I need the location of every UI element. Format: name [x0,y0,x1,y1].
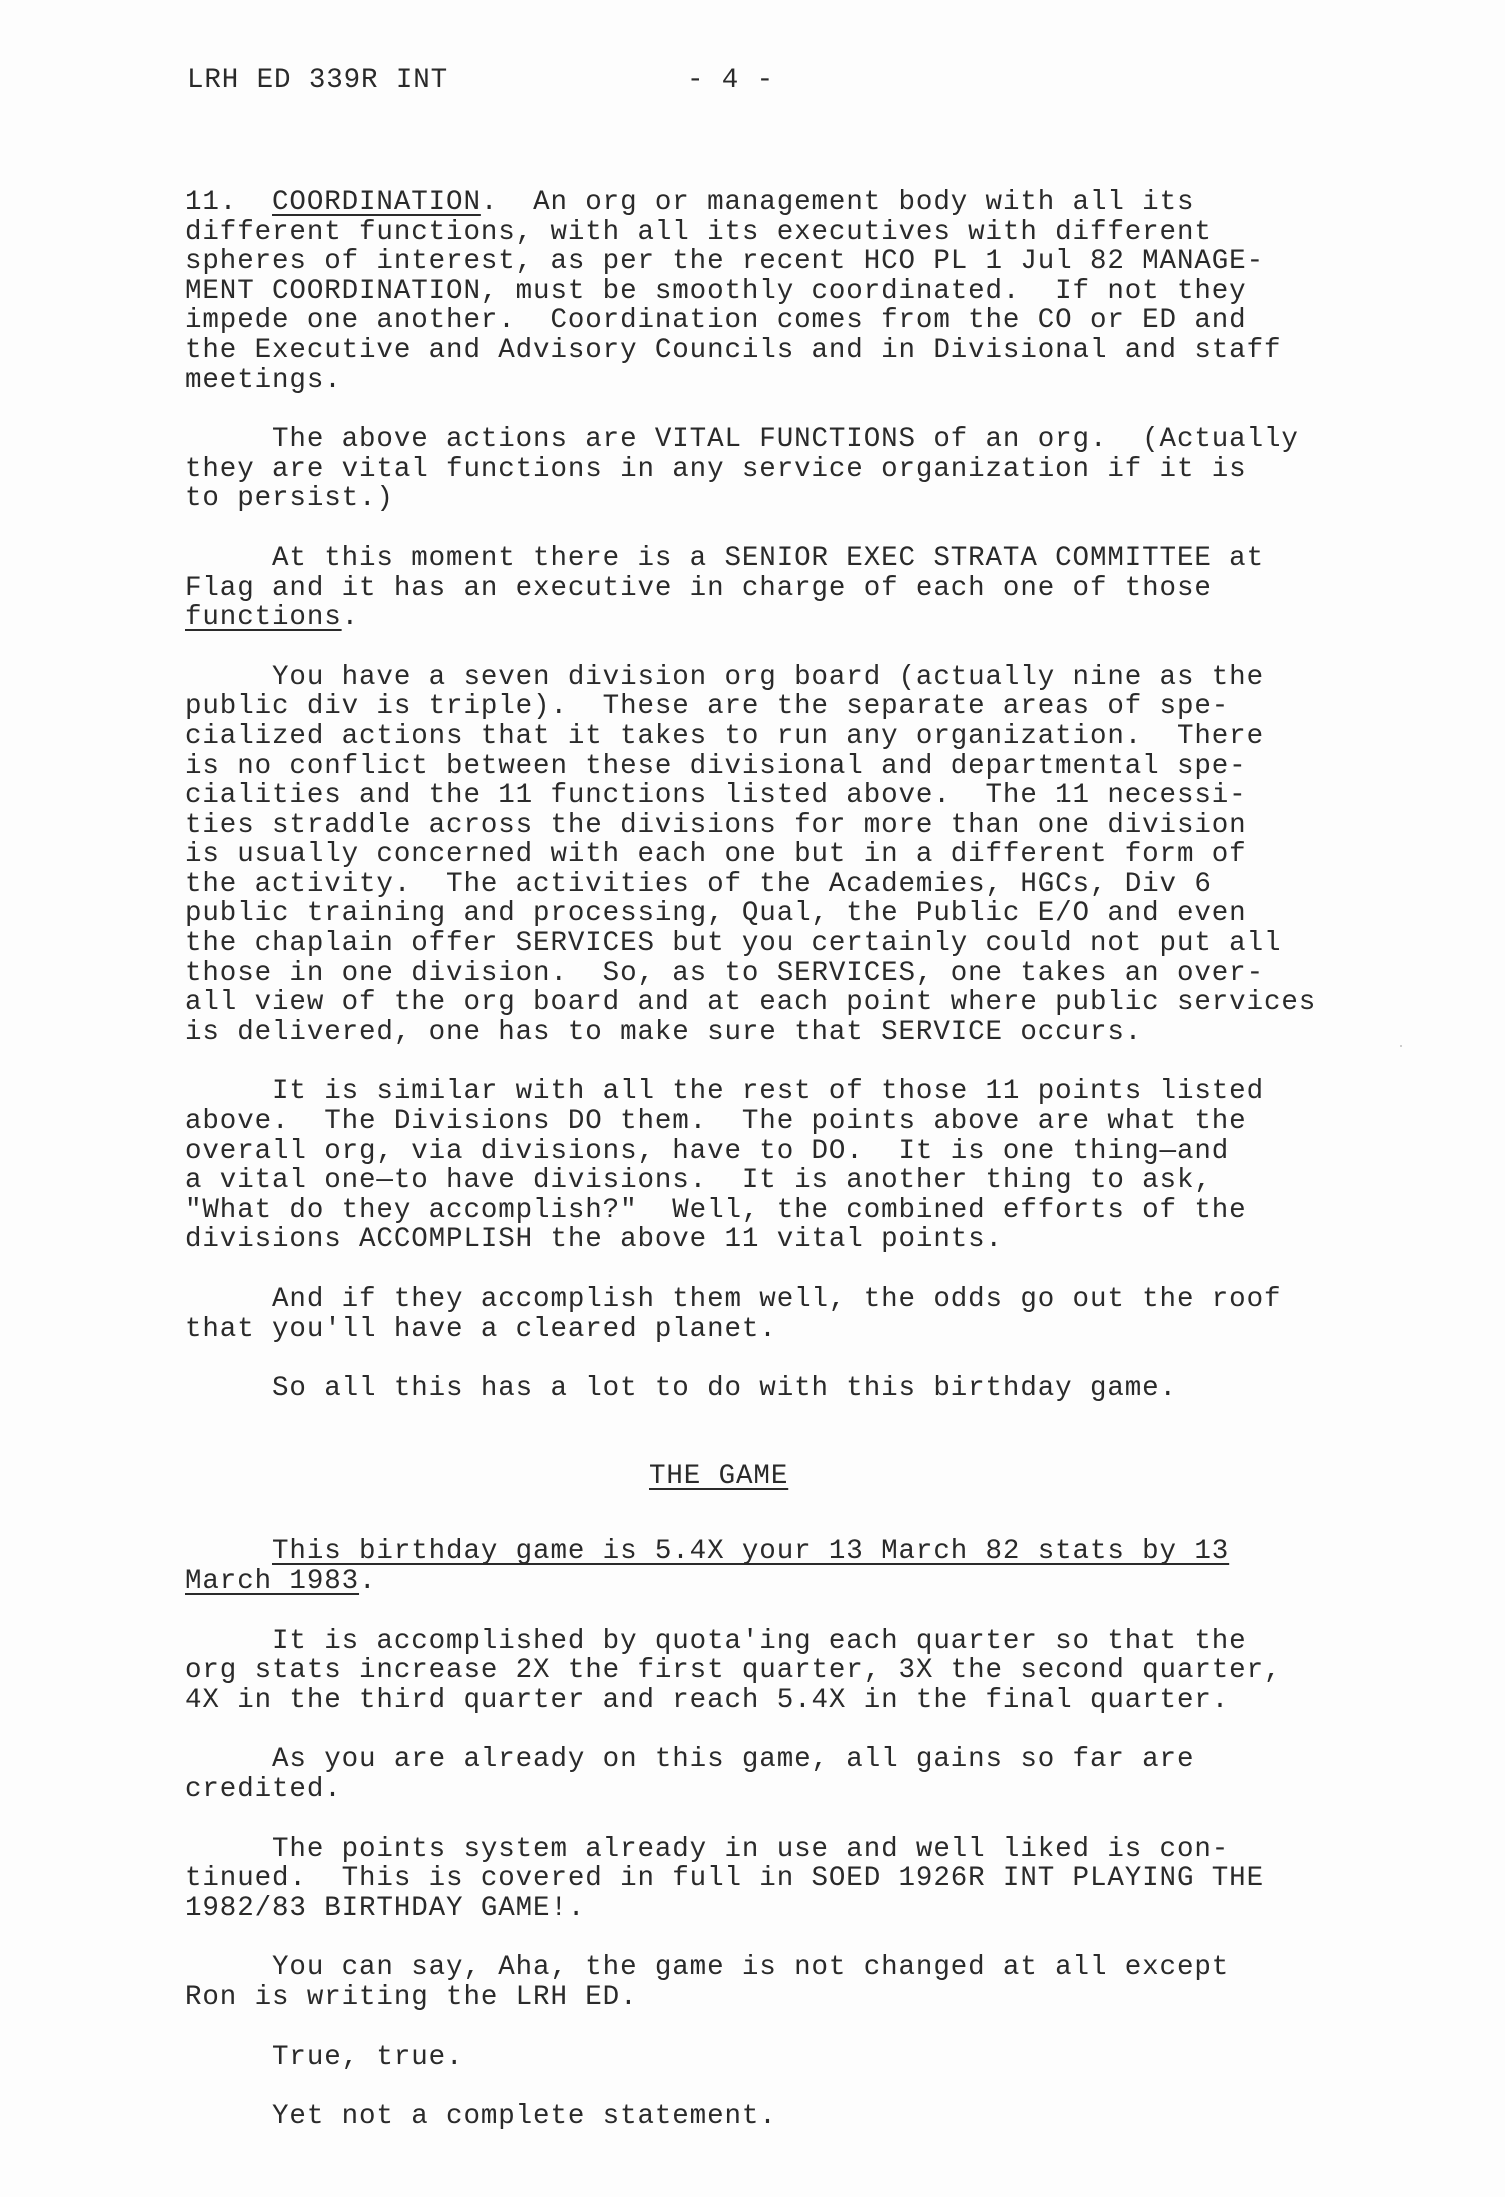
text-line: all view of the org board and at each po… [185,988,1385,1018]
text-segment: The points system already in use and wel… [185,1834,1229,1865]
text-segment: is usually concerned with each one but i… [185,839,1247,870]
text-segment: . [342,602,359,633]
text-line: cialities and the 11 functions listed ab… [185,781,1385,811]
text-line: "What do they accomplish?" Well, the com… [185,1196,1385,1226]
text-line: March 1983. [185,1567,1385,1597]
text-segment: . An org or management body with all its [481,187,1195,218]
text-segment: public training and processing, Qual, th… [185,898,1247,929]
text-segment: It is similar with all the rest of those… [185,1076,1264,1107]
paragraph-spacer [185,2013,1385,2043]
text-segment: "What do they accomplish?" Well, the com… [185,1195,1247,1226]
document-page: LRH ED 339R INT - 4 - 11. COORDINATION. … [0,0,1505,2197]
paragraph-spacer [185,1344,1385,1374]
text-line: 4X in the third quarter and reach 5.4X i… [185,1686,1385,1716]
text-line: is no conflict between these divisional … [185,752,1385,782]
text-line: is usually concerned with each one but i… [185,840,1385,870]
text-segment: that you'll have a cleared planet. [185,1314,777,1345]
text-line: MENT COORDINATION, must be smoothly coor… [185,277,1385,307]
text-segment: all view of the org board and at each po… [185,987,1316,1018]
text-line: True, true. [185,2043,1385,2073]
text-segment: So all this has a lot to do with this bi… [185,1373,1177,1404]
text-segment: is no conflict between these divisional … [185,751,1247,782]
text-line: to persist.) [185,484,1385,514]
text-line: Flag and it has an executive in charge o… [185,574,1385,604]
text-line: tinued. This is covered in full in SOED … [185,1864,1385,1894]
text-line: The above actions are VITAL FUNCTIONS of… [185,425,1385,455]
text-line: public training and processing, Qual, th… [185,899,1385,929]
text-segment: MENT COORDINATION, must be smoothly coor… [185,276,1247,307]
scan-speck [1400,1045,1402,1047]
paragraph-credited: As you are already on this game, all gai… [185,1745,1385,1804]
underlined-text: March 1983 [185,1566,359,1597]
text-line: divisions ACCOMPLISH the above 11 vital … [185,1225,1385,1255]
text-segment: tinued. This is covered in full in SOED … [185,1863,1264,1894]
paragraph-eleven-points: It is similar with all the rest of those… [185,1077,1385,1255]
paragraph-spacer [185,1047,1385,1077]
paragraph-vital-functions: The above actions are VITAL FUNCTIONS of… [185,425,1385,514]
text-segment: And if they accomplish them well, the od… [185,1284,1281,1315]
text-line: is delivered, one has to make sure that … [185,1018,1385,1048]
text-line: functions. [185,603,1385,633]
paragraph-birthday-game-link: So all this has a lot to do with this bi… [185,1374,1385,1404]
paragraph-coordination: 11. COORDINATION. An org or management b… [185,188,1385,395]
text-line: 1982/83 BIRTHDAY GAME!. [185,1894,1385,1924]
text-line: It is accomplished by quota'ing each qua… [185,1627,1385,1657]
paragraph-spacer [185,1255,1385,1285]
text-segment: a vital one—to have divisions. It is ano… [185,1165,1212,1196]
body-part-one: 11. COORDINATION. An org or management b… [185,188,1385,1404]
body-part-two: This birthday game is 5.4X your 13 March… [185,1537,1385,2131]
text-segment: different functions, with all its execut… [185,217,1212,248]
text-line: a vital one—to have divisions. It is ano… [185,1166,1385,1196]
text-segment: cialized actions that it takes to run an… [185,721,1264,752]
text-line: the activity. The activities of the Acad… [185,870,1385,900]
text-segment: 4X in the third quarter and reach 5.4X i… [185,1685,1229,1716]
text-line: As you are already on this game, all gai… [185,1745,1385,1775]
paragraph-spacer [185,1923,1385,1953]
text-line: This birthday game is 5.4X your 13 March… [185,1537,1385,1567]
text-line: spheres of interest, as per the recent H… [185,247,1385,277]
scan-speck [1060,800,1062,802]
section-heading: THE GAME [185,1462,1385,1492]
text-segment: credited. [185,1774,342,1805]
text-line: above. The Divisions DO them. The points… [185,1107,1385,1137]
paragraph-spacer [185,1597,1385,1627]
text-segment: Flag and it has an executive in charge o… [185,573,1212,604]
text-line: different functions, with all its execut… [185,218,1385,248]
text-line: the Executive and Advisory Councils and … [185,336,1385,366]
text-segment [185,1536,272,1567]
text-segment: above. The Divisions DO them. The points… [185,1106,1247,1137]
text-line: You have a seven division org board (act… [185,663,1385,693]
text-segment: the Executive and Advisory Councils and … [185,335,1281,366]
text-segment: As you are already on this game, all gai… [185,1744,1194,1775]
paragraph-org-board: You have a seven division org board (act… [185,663,1385,1048]
text-line: impede one another. Coordination comes f… [185,306,1385,336]
text-segment: they are vital functions in any service … [185,454,1247,485]
text-segment: . [359,1566,376,1597]
text-line: cialized actions that it takes to run an… [185,722,1385,752]
text-line: they are vital functions in any service … [185,455,1385,485]
text-segment: meetings. [185,365,342,396]
text-segment: those in one division. So, as to SERVICE… [185,958,1264,989]
paragraph-not-complete: Yet not a complete statement. [185,2102,1385,2132]
paragraph-cleared-planet: And if they accomplish them well, the od… [185,1285,1385,1344]
text-segment: is delivered, one has to make sure that … [185,1017,1142,1048]
spacer [185,1491,1385,1537]
text-line: credited. [185,1775,1385,1805]
paragraph-aha: You can say, Aha, the game is not change… [185,1953,1385,2012]
paragraph-spacer [185,633,1385,663]
text-segment: the activity. The activities of the Acad… [185,869,1212,900]
text-line: So all this has a lot to do with this bi… [185,1374,1385,1404]
paragraph-spacer [185,2072,1385,2102]
text-line: At this moment there is a SENIOR EXEC ST… [185,544,1385,574]
paragraph-senior-exec: At this moment there is a SENIOR EXEC ST… [185,544,1385,633]
text-line: Ron is writing the LRH ED. [185,1983,1385,2013]
text-line: that you'll have a cleared planet. [185,1315,1385,1345]
text-segment: public div is triple). These are the sep… [185,691,1229,722]
underlined-text: This birthday game is 5.4X your 13 March… [272,1536,1229,1567]
text-segment: the chaplain offer SERVICES but you cert… [185,928,1281,959]
document-id: LRH ED 339R INT [187,64,448,98]
text-segment: spheres of interest, as per the recent H… [185,246,1264,277]
underlined-text: COORDINATION [272,187,481,218]
text-segment: impede one another. Coordination comes f… [185,305,1247,336]
text-line: public div is triple). These are the sep… [185,692,1385,722]
text-segment: Ron is writing the LRH ED. [185,1982,637,2013]
text-segment: You can say, Aha, the game is not change… [185,1952,1229,1983]
paragraph-spacer [185,395,1385,425]
text-segment: It is accomplished by quota'ing each qua… [185,1626,1247,1657]
text-line: overall org, via divisions, have to DO. … [185,1137,1385,1167]
text-line: meetings. [185,366,1385,396]
paragraph-spacer [185,1805,1385,1835]
text-line: those in one division. So, as to SERVICE… [185,959,1385,989]
text-segment: org stats increase 2X the first quarter,… [185,1655,1281,1686]
text-line: 11. COORDINATION. An org or management b… [185,188,1385,218]
page-header: LRH ED 339R INT - 4 - [187,64,1087,98]
text-segment: 11. [185,187,272,218]
text-line: Yet not a complete statement. [185,2102,1385,2132]
page-number: - 4 - [687,64,774,98]
text-segment: overall org, via divisions, have to DO. … [185,1136,1229,1167]
text-line: It is similar with all the rest of those… [185,1077,1385,1107]
text-line: And if they accomplish them well, the od… [185,1285,1385,1315]
paragraph-quotas: It is accomplished by quota'ing each qua… [185,1627,1385,1716]
text-segment: to persist.) [185,483,394,514]
paragraph-spacer [185,514,1385,544]
text-segment: cialities and the 11 functions listed ab… [185,780,1247,811]
text-line: org stats increase 2X the first quarter,… [185,1656,1385,1686]
text-line: The points system already in use and wel… [185,1835,1385,1865]
text-segment: ties straddle across the divisions for m… [185,810,1247,841]
paragraph-points-system: The points system already in use and wel… [185,1835,1385,1924]
paragraph-spacer [185,1715,1385,1745]
text-segment: At this moment there is a SENIOR EXEC ST… [185,543,1264,574]
text-segment: The above actions are VITAL FUNCTIONS of… [185,424,1299,455]
text-segment: True, true. [185,2042,463,2073]
document-body: 11. COORDINATION. An org or management b… [185,188,1385,2132]
underlined-text: functions [185,602,342,633]
text-segment: 1982/83 BIRTHDAY GAME!. [185,1893,585,1924]
paragraph-game-target: This birthday game is 5.4X your 13 March… [185,1537,1385,1596]
text-segment: Yet not a complete statement. [185,2101,777,2132]
text-segment: You have a seven division org board (act… [185,662,1264,693]
text-line: ties straddle across the divisions for m… [185,811,1385,841]
spacer [185,1404,1385,1462]
text-line: You can say, Aha, the game is not change… [185,1953,1385,1983]
paragraph-true-true: True, true. [185,2043,1385,2073]
text-line: the chaplain offer SERVICES but you cert… [185,929,1385,959]
text-segment: divisions ACCOMPLISH the above 11 vital … [185,1224,1003,1255]
